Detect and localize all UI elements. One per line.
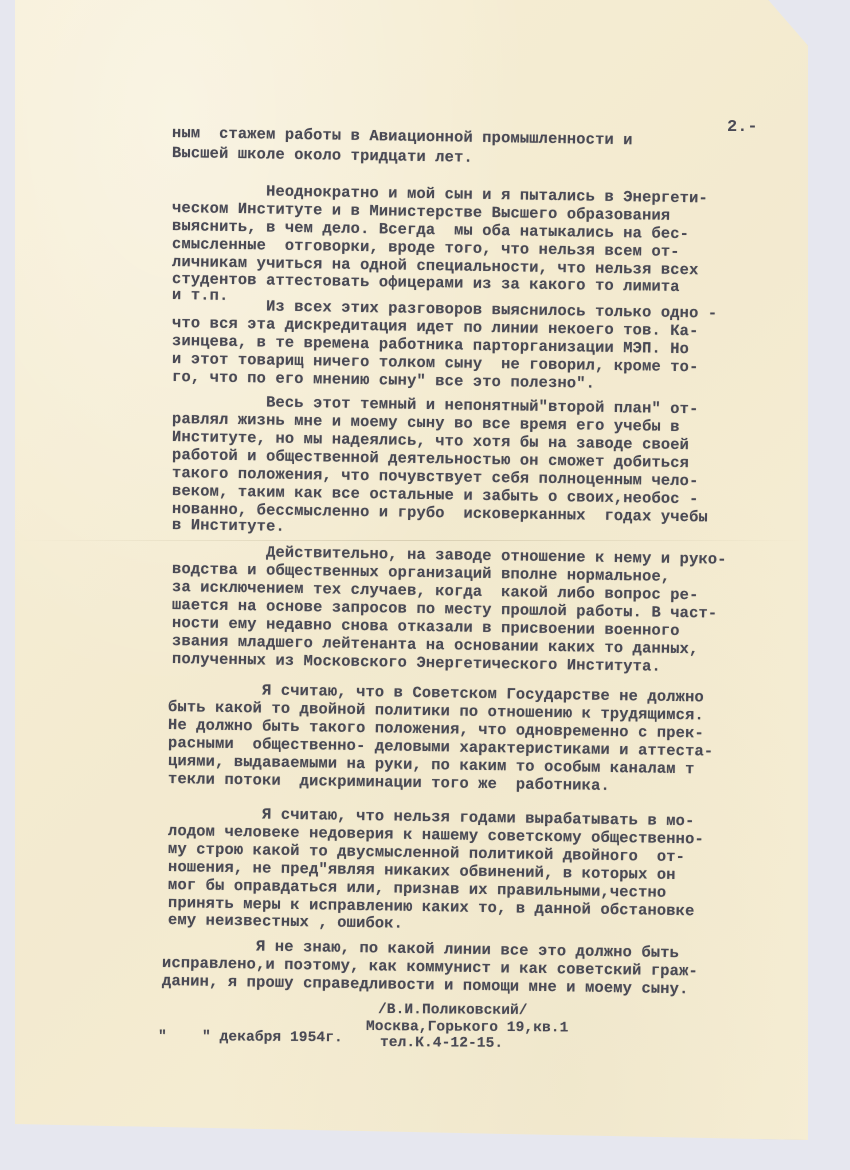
signature-phone: тел.К.4-12-15. bbox=[380, 1035, 503, 1052]
document-date: " " декабря 1954г. bbox=[158, 1029, 343, 1046]
signature-address: Москва,Горького 19,кв.1 bbox=[366, 1019, 569, 1036]
page-number: 2.- bbox=[727, 118, 758, 137]
signature-name: /В.И.Поликовский/ bbox=[378, 1002, 528, 1019]
text-line: в Институте. bbox=[172, 516, 285, 536]
text-line: ему неизвестных , ошибок. bbox=[168, 911, 403, 933]
fold-crease bbox=[15, 540, 808, 541]
